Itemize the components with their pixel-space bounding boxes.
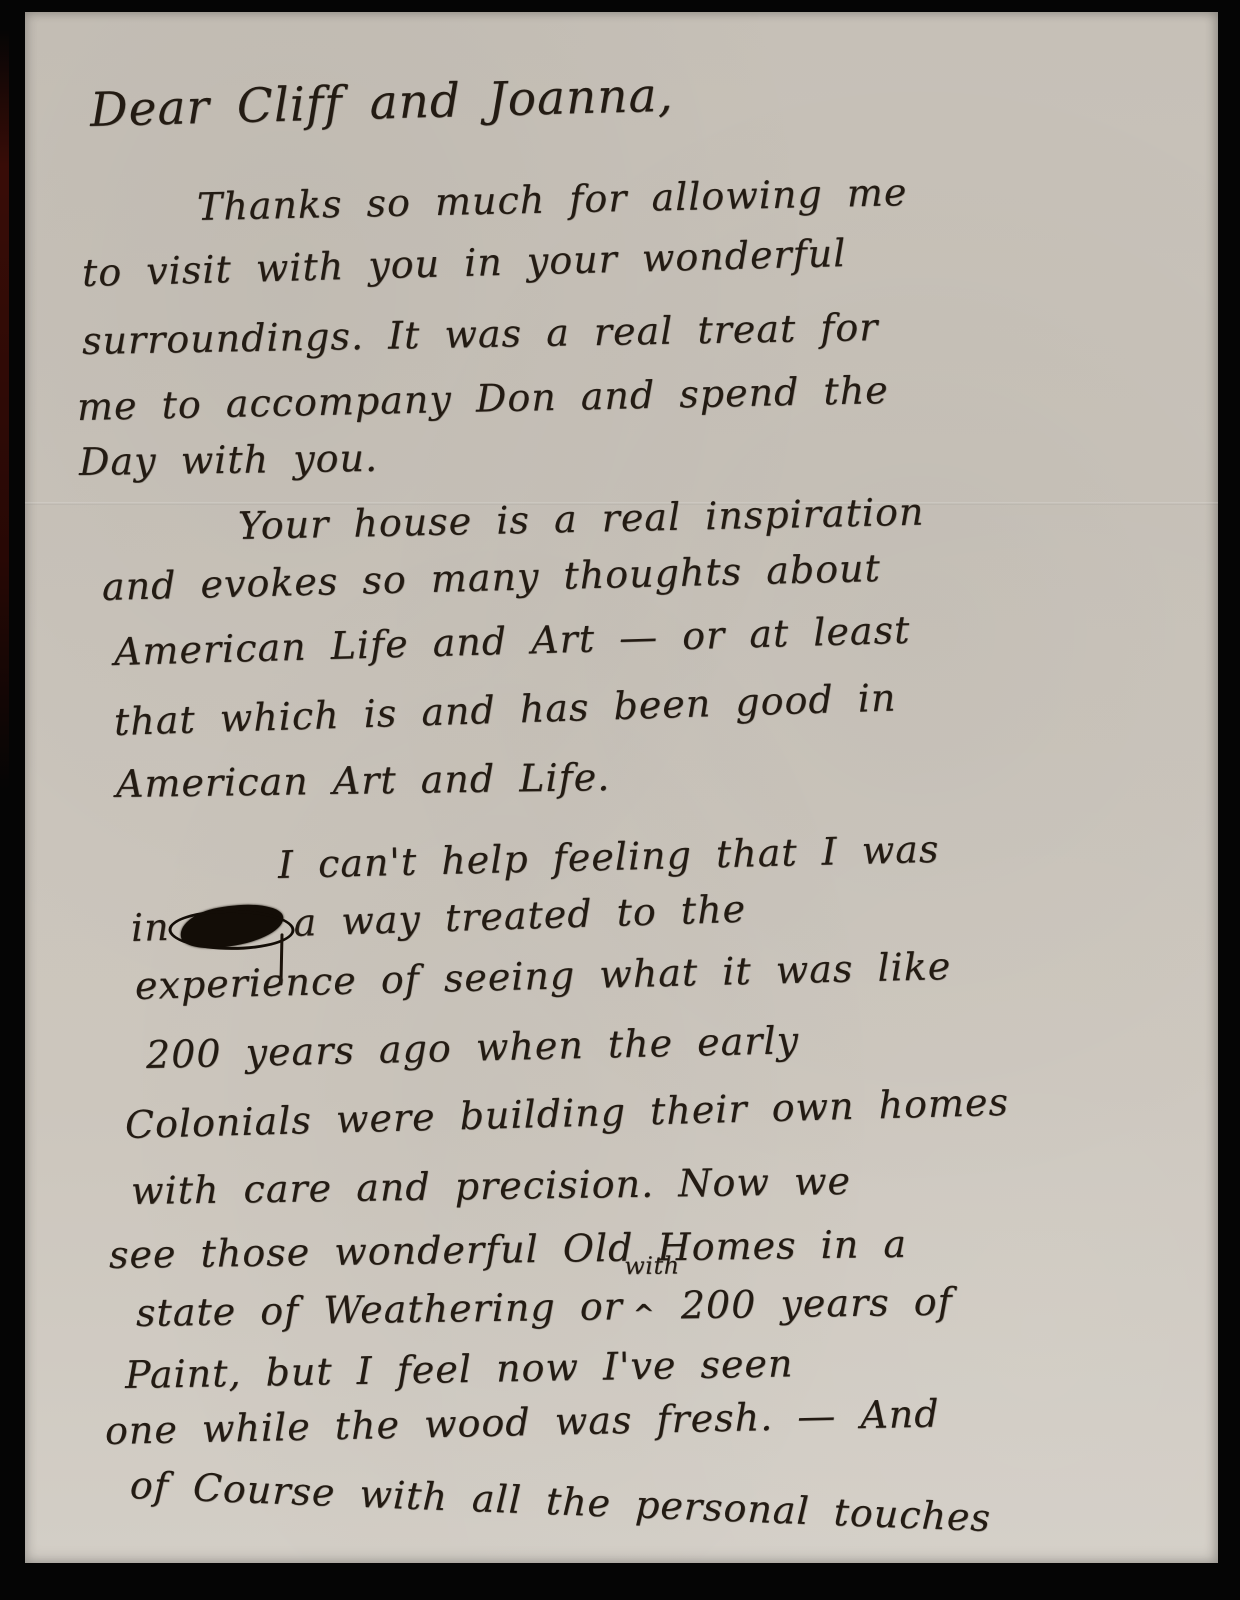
letter-line: American Art and Life. (116, 754, 611, 808)
letter-line: surroundings. It was a real treat for (82, 304, 879, 365)
letter-line: Colonials were building their own homes (124, 1079, 1009, 1150)
letter-line: I can't help feeling that I was (277, 826, 940, 890)
letter-page: Dear Cliff and Joanna, Thanks so much fo… (25, 12, 1218, 1563)
letter-line: with care and precision. Now we (131, 1158, 852, 1216)
scan-background: Dear Cliff and Joanna, Thanks so much fo… (0, 0, 1240, 1600)
letter-line-fragment: in (130, 905, 170, 950)
letter-line: Paint, but I feel now I've seen (125, 1340, 794, 1399)
letter-line: that which is and has been good in (113, 674, 897, 746)
letter-line: of Course with all the personal touches (129, 1462, 992, 1543)
letter-line: experience of seeing what it was like (134, 943, 951, 1010)
letter-line-fragment: state of Weathering or (136, 1284, 623, 1335)
letter-line: one while the wood was fresh. — And (105, 1391, 941, 1456)
insertion-caret-mark: ^ (633, 1299, 656, 1332)
letter-line: Day with you. (79, 435, 379, 487)
inserted-word: with (624, 1250, 680, 1281)
letter-line-with-scribble: ina way treated to the (130, 886, 747, 953)
salutation-line: Dear Cliff and Joanna, (89, 67, 674, 141)
letter-line: to visit with you in your wonderful (81, 230, 847, 297)
letter-line: Thanks so much for allowing me (197, 169, 908, 231)
letter-line-fragment: a way treated to the (293, 887, 747, 945)
scan-edge-artifact (0, 30, 9, 790)
letter-line: Your house is a real inspiration (238, 489, 925, 551)
letter-line: me to accompany Don and spend the (77, 367, 890, 431)
letter-line: American Life and Art — or at least (113, 607, 911, 677)
letter-line: and evokes so many thoughts about (101, 545, 881, 612)
caret-insertion: with^ (623, 1306, 681, 1319)
letter-line-with-insertion: state of Weathering orwith^200 years of (136, 1279, 953, 1338)
letter-line: 200 years ago when the early (145, 1017, 799, 1079)
letter-line-fragment: 200 years of (681, 1280, 954, 1328)
scribbled-out-word (177, 899, 285, 953)
letter-line: see those wonderful Old Homes in a (109, 1221, 908, 1280)
